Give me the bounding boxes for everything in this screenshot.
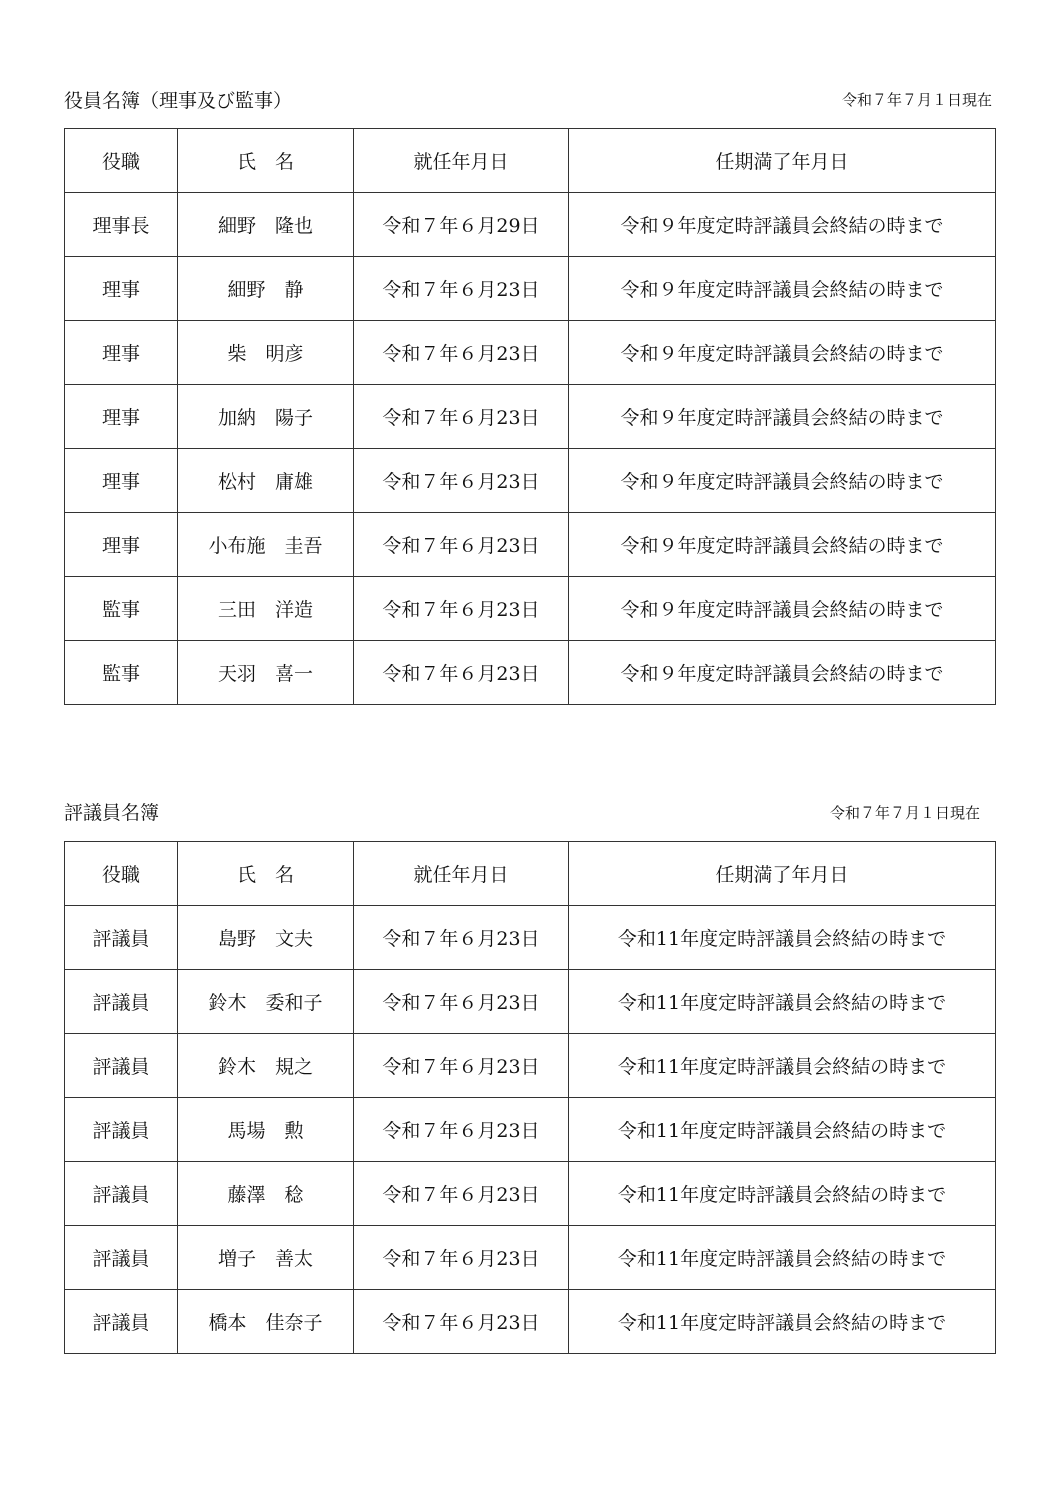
cell-term-end: 令和９年度定時評議員会終結の時まで	[569, 641, 996, 705]
cell-position: 理事	[65, 513, 178, 577]
cell-term-end: 令和11年度定時評議員会終結の時まで	[569, 1034, 996, 1098]
table-row: 評議員島野 文夫令和７年６月23日令和11年度定時評議員会終結の時まで	[65, 906, 996, 970]
header-position: 役職	[65, 129, 178, 193]
cell-name: 細野 隆也	[178, 193, 354, 257]
cell-position: 評議員	[65, 1098, 178, 1162]
cell-name: 増子 善太	[178, 1226, 354, 1290]
cell-position: 評議員	[65, 1034, 178, 1098]
cell-appointed-date: 令和７年６月29日	[354, 193, 569, 257]
cell-name: 鈴木 規之	[178, 1034, 354, 1098]
cell-position: 評議員	[65, 1226, 178, 1290]
table-row: 評議員鈴木 委和子令和７年６月23日令和11年度定時評議員会終結の時まで	[65, 970, 996, 1034]
cell-name: 細野 静	[178, 257, 354, 321]
cell-name: 鈴木 委和子	[178, 970, 354, 1034]
table-row: 理事長細野 隆也令和７年６月29日令和９年度定時評議員会終結の時まで	[65, 193, 996, 257]
cell-term-end: 令和11年度定時評議員会終結の時まで	[569, 1226, 996, 1290]
cell-name: 三田 洋造	[178, 577, 354, 641]
cell-name: 松村 庸雄	[178, 449, 354, 513]
cell-position: 理事	[65, 449, 178, 513]
cell-term-end: 令和９年度定時評議員会終結の時まで	[569, 513, 996, 577]
officers-as-of-date: 令和７年７月１日現在	[842, 89, 992, 110]
cell-appointed-date: 令和７年６月23日	[354, 641, 569, 705]
cell-appointed-date: 令和７年６月23日	[354, 1098, 569, 1162]
cell-name: 馬場 勲	[178, 1098, 354, 1162]
table-row: 監事天羽 喜一令和７年６月23日令和９年度定時評議員会終結の時まで	[65, 641, 996, 705]
header-appointed-date: 就任年月日	[354, 842, 569, 906]
cell-appointed-date: 令和７年６月23日	[354, 970, 569, 1034]
cell-appointed-date: 令和７年６月23日	[354, 577, 569, 641]
cell-appointed-date: 令和７年６月23日	[354, 385, 569, 449]
cell-position: 評議員	[65, 1162, 178, 1226]
table-row: 評議員鈴木 規之令和７年６月23日令和11年度定時評議員会終結の時まで	[65, 1034, 996, 1098]
cell-name: 柴 明彦	[178, 321, 354, 385]
cell-term-end: 令和９年度定時評議員会終結の時まで	[569, 257, 996, 321]
table-row: 理事松村 庸雄令和７年６月23日令和９年度定時評議員会終結の時まで	[65, 449, 996, 513]
cell-term-end: 令和９年度定時評議員会終結の時まで	[569, 193, 996, 257]
table-row: 評議員藤澤 稔令和７年６月23日令和11年度定時評議員会終結の時まで	[65, 1162, 996, 1226]
cell-term-end: 令和11年度定時評議員会終結の時まで	[569, 1098, 996, 1162]
councilors-as-of-date: 令和７年７月１日現在	[830, 802, 980, 823]
cell-appointed-date: 令和７年６月23日	[354, 906, 569, 970]
cell-name: 加納 陽子	[178, 385, 354, 449]
cell-position: 理事	[65, 321, 178, 385]
cell-position: 理事長	[65, 193, 178, 257]
header-position: 役職	[65, 842, 178, 906]
table-header-row: 役職 氏 名 就任年月日 任期満了年月日	[65, 129, 996, 193]
header-appointed-date: 就任年月日	[354, 129, 569, 193]
cell-appointed-date: 令和７年６月23日	[354, 1162, 569, 1226]
cell-appointed-date: 令和７年６月23日	[354, 1034, 569, 1098]
header-name: 氏 名	[178, 842, 354, 906]
cell-name: 橋本 佳奈子	[178, 1290, 354, 1354]
cell-position: 監事	[65, 641, 178, 705]
cell-position: 監事	[65, 577, 178, 641]
cell-name: 小布施 圭吾	[178, 513, 354, 577]
cell-term-end: 令和11年度定時評議員会終結の時まで	[569, 970, 996, 1034]
cell-position: 評議員	[65, 970, 178, 1034]
cell-name: 天羽 喜一	[178, 641, 354, 705]
table-row: 評議員馬場 勲令和７年６月23日令和11年度定時評議員会終結の時まで	[65, 1098, 996, 1162]
cell-appointed-date: 令和７年６月23日	[354, 1226, 569, 1290]
cell-name: 藤澤 稔	[178, 1162, 354, 1226]
table-row: 評議員橋本 佳奈子令和７年６月23日令和11年度定時評議員会終結の時まで	[65, 1290, 996, 1354]
table-row: 監事三田 洋造令和７年６月23日令和９年度定時評議員会終結の時まで	[65, 577, 996, 641]
cell-appointed-date: 令和７年６月23日	[354, 1290, 569, 1354]
cell-term-end: 令和９年度定時評議員会終結の時まで	[569, 385, 996, 449]
cell-appointed-date: 令和７年６月23日	[354, 513, 569, 577]
cell-term-end: 令和９年度定時評議員会終結の時まで	[569, 577, 996, 641]
header-name: 氏 名	[178, 129, 354, 193]
table-row: 理事加納 陽子令和７年６月23日令和９年度定時評議員会終結の時まで	[65, 385, 996, 449]
header-term-end: 任期満了年月日	[569, 129, 996, 193]
table-row: 評議員増子 善太令和７年６月23日令和11年度定時評議員会終結の時まで	[65, 1226, 996, 1290]
cell-term-end: 令和11年度定時評議員会終結の時まで	[569, 906, 996, 970]
officers-table: 役職 氏 名 就任年月日 任期満了年月日 理事長細野 隆也令和７年６月29日令和…	[64, 128, 996, 705]
cell-position: 評議員	[65, 906, 178, 970]
councilors-table: 役職 氏 名 就任年月日 任期満了年月日 評議員島野 文夫令和７年６月23日令和…	[64, 841, 996, 1354]
officers-title: 役員名簿（理事及び監事）	[64, 86, 292, 113]
cell-term-end: 令和９年度定時評議員会終結の時まで	[569, 449, 996, 513]
cell-term-end: 令和９年度定時評議員会終結の時まで	[569, 321, 996, 385]
cell-term-end: 令和11年度定時評議員会終結の時まで	[569, 1162, 996, 1226]
cell-position: 理事	[65, 257, 178, 321]
table-row: 理事小布施 圭吾令和７年６月23日令和９年度定時評議員会終結の時まで	[65, 513, 996, 577]
cell-appointed-date: 令和７年６月23日	[354, 257, 569, 321]
cell-appointed-date: 令和７年６月23日	[354, 449, 569, 513]
cell-appointed-date: 令和７年６月23日	[354, 321, 569, 385]
councilors-title: 評議員名簿	[64, 798, 159, 825]
table-row: 理事細野 静令和７年６月23日令和９年度定時評議員会終結の時まで	[65, 257, 996, 321]
cell-position: 理事	[65, 385, 178, 449]
table-row: 理事柴 明彦令和７年６月23日令和９年度定時評議員会終結の時まで	[65, 321, 996, 385]
header-term-end: 任期満了年月日	[569, 842, 996, 906]
cell-position: 評議員	[65, 1290, 178, 1354]
cell-term-end: 令和11年度定時評議員会終結の時まで	[569, 1290, 996, 1354]
cell-name: 島野 文夫	[178, 906, 354, 970]
table-header-row: 役職 氏 名 就任年月日 任期満了年月日	[65, 842, 996, 906]
